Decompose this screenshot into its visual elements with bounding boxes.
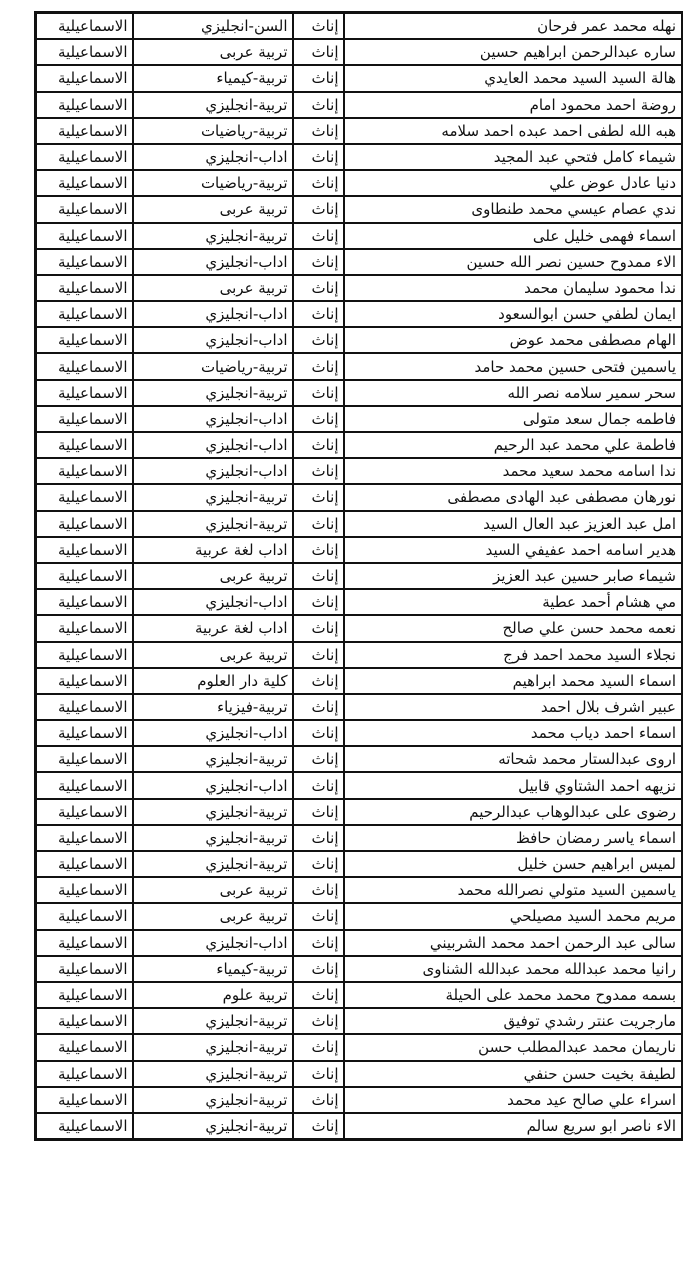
table-row: الاسماعيليةاداب-انجليزيإناثسالى عبد الرح… — [36, 930, 683, 956]
specialization-cell: تربية-انجليزي — [133, 1008, 293, 1034]
table-row: الاسماعيليةتربية-رياضياتإناثدنيا عادل عو… — [36, 170, 683, 196]
specialization-cell: السن-انجليزي — [133, 13, 293, 40]
table-row: الاسماعيليةتربية عربىإناثياسمين السيد مت… — [36, 877, 683, 903]
specialization-cell: تربية-فيزياء — [133, 694, 293, 720]
specialization-cell: تربية-كيمياء — [133, 956, 293, 982]
gender-cell: إناث — [293, 144, 344, 170]
gender-cell: إناث — [293, 13, 344, 40]
gender-cell: إناث — [293, 406, 344, 432]
governorate-cell: الاسماعيلية — [36, 65, 133, 91]
gender-cell: إناث — [293, 484, 344, 510]
gender-cell: إناث — [293, 249, 344, 275]
governorate-cell: الاسماعيلية — [36, 877, 133, 903]
name-cell: دنيا عادل عوض علي — [344, 170, 683, 196]
name-cell: مريم محمد السيد مصيلحي — [344, 903, 683, 929]
table-row: الاسماعيليةاداب لغة عربيةإناثهدير اسامه … — [36, 537, 683, 563]
table-row: الاسماعيليةاداب-انجليزيإناثنزيهه احمد ال… — [36, 772, 683, 798]
governorate-cell: الاسماعيلية — [36, 694, 133, 720]
governorate-cell: الاسماعيلية — [36, 406, 133, 432]
table-row: الاسماعيليةتربية عربىإناثندا محمود سليما… — [36, 275, 683, 301]
names-table-sheet: الاسماعيليةالسن-انجليزيإناثنهله محمد عمر… — [34, 11, 681, 1141]
name-cell: هالة السيد السيد محمد العايدي — [344, 65, 683, 91]
name-cell: لميس ابراهيم حسن خليل — [344, 851, 683, 877]
gender-cell: إناث — [293, 92, 344, 118]
table-row: الاسماعيليةتربية عربىإناثندي عصام عيسي م… — [36, 196, 683, 222]
governorate-cell: الاسماعيلية — [36, 39, 133, 65]
specialization-cell: تربية عربى — [133, 563, 293, 589]
governorate-cell: الاسماعيلية — [36, 825, 133, 851]
table-row: الاسماعيليةتربية علومإناثبسمه ممدوح محمد… — [36, 982, 683, 1008]
gender-cell: إناث — [293, 877, 344, 903]
specialization-cell: اداب-انجليزي — [133, 301, 293, 327]
table-row: الاسماعيليةاداب-انجليزيإناثشيماء كامل فت… — [36, 144, 683, 170]
specialization-cell: تربية عربى — [133, 39, 293, 65]
specialization-cell: اداب-انجليزي — [133, 327, 293, 353]
name-cell: الهام مصطفى محمد عوض — [344, 327, 683, 353]
name-cell: اسماء احمد دياب محمد — [344, 720, 683, 746]
table-row: الاسماعيليةتربية-انجليزيإناثروضة احمد مح… — [36, 92, 683, 118]
gender-cell: إناث — [293, 1008, 344, 1034]
gender-cell: إناث — [293, 615, 344, 641]
name-cell: مارجريت عنتر رشدي توفيق — [344, 1008, 683, 1034]
governorate-cell: الاسماعيلية — [36, 1061, 133, 1087]
specialization-cell: تربية-رياضيات — [133, 170, 293, 196]
table-body: الاسماعيليةالسن-انجليزيإناثنهله محمد عمر… — [36, 13, 683, 1140]
name-cell: ايمان لطفي حسن ابوالسعود — [344, 301, 683, 327]
specialization-cell: تربية-رياضيات — [133, 353, 293, 379]
specialization-cell: تربية-انجليزي — [133, 825, 293, 851]
specialization-cell: تربية عربى — [133, 275, 293, 301]
name-cell: الاء ناصر ابو سريع سالم — [344, 1113, 683, 1140]
table-row: الاسماعيليةتربية-رياضياتإناثهبه الله لطف… — [36, 118, 683, 144]
governorate-cell: الاسماعيلية — [36, 249, 133, 275]
specialization-cell: تربية-انجليزي — [133, 1061, 293, 1087]
name-cell: ندا اسامه محمد سعيد محمد — [344, 458, 683, 484]
specialization-cell: اداب-انجليزي — [133, 432, 293, 458]
specialization-cell: اداب-انجليزي — [133, 720, 293, 746]
name-cell: فاطمة علي محمد عبد الرحيم — [344, 432, 683, 458]
gender-cell: إناث — [293, 694, 344, 720]
governorate-cell: الاسماعيلية — [36, 537, 133, 563]
name-cell: ندا محمود سليمان محمد — [344, 275, 683, 301]
name-cell: مي هشام أحمد عطية — [344, 589, 683, 615]
table-row: الاسماعيليةتربية-فيزياءإناثعبير اشرف بلا… — [36, 694, 683, 720]
specialization-cell: اداب-انجليزي — [133, 930, 293, 956]
specialization-cell: تربية-انجليزي — [133, 511, 293, 537]
name-cell: نزيهه احمد الشتاوي قابيل — [344, 772, 683, 798]
governorate-cell: الاسماعيلية — [36, 458, 133, 484]
gender-cell: إناث — [293, 39, 344, 65]
gender-cell: إناث — [293, 196, 344, 222]
specialization-cell: تربية علوم — [133, 982, 293, 1008]
gender-cell: إناث — [293, 275, 344, 301]
gender-cell: إناث — [293, 223, 344, 249]
table-row: الاسماعيليةكلية دار العلومإناثاسماء السي… — [36, 668, 683, 694]
gender-cell: إناث — [293, 1087, 344, 1113]
table-row: الاسماعيليةاداب-انجليزيإناثفاطمه جمال سع… — [36, 406, 683, 432]
table-row: الاسماعيليةاداب-انجليزيإناثمي هشام أحمد … — [36, 589, 683, 615]
name-cell: امل عبد العزيز عبد العال السيد — [344, 511, 683, 537]
specialization-cell: تربية-انجليزي — [133, 1113, 293, 1140]
gender-cell: إناث — [293, 118, 344, 144]
specialization-cell: تربية-انجليزي — [133, 851, 293, 877]
table-row: الاسماعيليةاداب-انجليزيإناثالاء ممدوح حس… — [36, 249, 683, 275]
specialization-cell: تربية-انجليزي — [133, 1087, 293, 1113]
name-cell: نعمه محمد حسن علي صالح — [344, 615, 683, 641]
table-row: الاسماعيليةتربية-رياضياتإناثياسمين فتحى … — [36, 353, 683, 379]
name-cell: رضوى على عبدالوهاب عبدالرحيم — [344, 799, 683, 825]
gender-cell: إناث — [293, 353, 344, 379]
governorate-cell: الاسماعيلية — [36, 851, 133, 877]
table-row: الاسماعيليةتربية-انجليزيإناثرضوى على عبد… — [36, 799, 683, 825]
governorate-cell: الاسماعيلية — [36, 511, 133, 537]
name-cell: بسمه ممدوح محمد محمد على الحيلة — [344, 982, 683, 1008]
governorate-cell: الاسماعيلية — [36, 930, 133, 956]
name-cell: لطيفة بخيت حسن حنفي — [344, 1061, 683, 1087]
specialization-cell: تربية-رياضيات — [133, 118, 293, 144]
governorate-cell: الاسماعيلية — [36, 563, 133, 589]
gender-cell: إناث — [293, 432, 344, 458]
name-cell: شيماء صابر حسين عبد العزيز — [344, 563, 683, 589]
table-row: الاسماعيليةتربية-انجليزيإناثنورهان مصطفى… — [36, 484, 683, 510]
name-cell: روضة احمد محمود امام — [344, 92, 683, 118]
table-row: الاسماعيليةاداب لغة عربيةإناثنعمه محمد ح… — [36, 615, 683, 641]
gender-cell: إناث — [293, 982, 344, 1008]
table-row: الاسماعيليةاداب-انجليزيإناثندا اسامه محم… — [36, 458, 683, 484]
gender-cell: إناث — [293, 956, 344, 982]
governorate-cell: الاسماعيلية — [36, 144, 133, 170]
governorate-cell: الاسماعيلية — [36, 196, 133, 222]
table-row: الاسماعيليةتربية-انجليزيإناثلطيفة بخيت ح… — [36, 1061, 683, 1087]
name-cell: سالى عبد الرحمن احمد محمد الشربيني — [344, 930, 683, 956]
gender-cell: إناث — [293, 1113, 344, 1140]
specialization-cell: تربية-انجليزي — [133, 223, 293, 249]
governorate-cell: الاسماعيلية — [36, 1113, 133, 1140]
gender-cell: إناث — [293, 1034, 344, 1060]
governorate-cell: الاسماعيلية — [36, 223, 133, 249]
name-cell: ناريمان محمد عبدالمطلب حسن — [344, 1034, 683, 1060]
specialization-cell: اداب-انجليزي — [133, 249, 293, 275]
gender-cell: إناث — [293, 930, 344, 956]
table-row: الاسماعيليةتربية-انجليزيإناثامل عبد العز… — [36, 511, 683, 537]
governorate-cell: الاسماعيلية — [36, 118, 133, 144]
gender-cell: إناث — [293, 563, 344, 589]
table-row: الاسماعيليةتربية-انجليزيإناثاسراء علي صا… — [36, 1087, 683, 1113]
table-row: الاسماعيليةتربية عربىإناثنجلاء السيد محم… — [36, 642, 683, 668]
table-row: الاسماعيليةتربية-انجليزيإناثمارجريت عنتر… — [36, 1008, 683, 1034]
governorate-cell: الاسماعيلية — [36, 301, 133, 327]
name-cell: نهله محمد عمر فرحان — [344, 13, 683, 40]
name-cell: نورهان مصطفى عبد الهادى مصطفى — [344, 484, 683, 510]
specialization-cell: تربية-انجليزي — [133, 484, 293, 510]
gender-cell: إناث — [293, 799, 344, 825]
governorate-cell: الاسماعيلية — [36, 432, 133, 458]
specialization-cell: اداب-انجليزي — [133, 458, 293, 484]
governorate-cell: الاسماعيلية — [36, 170, 133, 196]
table-row: الاسماعيليةتربية-انجليزيإناثاسماء ياسر ر… — [36, 825, 683, 851]
governorate-cell: الاسماعيلية — [36, 327, 133, 353]
table-row: الاسماعيليةتربية-كيمياءإناثرانيا محمد عب… — [36, 956, 683, 982]
name-cell: اروى عبدالستار محمد شحاته — [344, 746, 683, 772]
name-cell: فاطمه جمال سعد متولى — [344, 406, 683, 432]
gender-cell: إناث — [293, 589, 344, 615]
specialization-cell: اداب-انجليزي — [133, 772, 293, 798]
governorate-cell: الاسماعيلية — [36, 956, 133, 982]
specialization-cell: تربية-انجليزي — [133, 746, 293, 772]
specialization-cell: تربية-كيمياء — [133, 65, 293, 91]
governorate-cell: الاسماعيلية — [36, 982, 133, 1008]
table-row: الاسماعيليةاداب-انجليزيإناثاسماء احمد دي… — [36, 720, 683, 746]
gender-cell: إناث — [293, 720, 344, 746]
name-cell: هبه الله لطفى احمد عبده احمد سلامه — [344, 118, 683, 144]
name-cell: شيماء كامل فتحي عبد المجيد — [344, 144, 683, 170]
table-row: الاسماعيليةتربية-كيمياءإناثهالة السيد ال… — [36, 65, 683, 91]
specialization-cell: اداب-انجليزي — [133, 144, 293, 170]
specialization-cell: تربية عربى — [133, 903, 293, 929]
gender-cell: إناث — [293, 65, 344, 91]
governorate-cell: الاسماعيلية — [36, 92, 133, 118]
name-cell: نجلاء السيد محمد احمد فرج — [344, 642, 683, 668]
governorate-cell: الاسماعيلية — [36, 772, 133, 798]
specialization-cell: تربية-انجليزي — [133, 1034, 293, 1060]
specialization-cell: اداب لغة عربية — [133, 615, 293, 641]
table-row: الاسماعيليةتربية عربىإناثساره عبدالرحمن … — [36, 39, 683, 65]
specialization-cell: تربية عربى — [133, 642, 293, 668]
governorate-cell: الاسماعيلية — [36, 380, 133, 406]
governorate-cell: الاسماعيلية — [36, 615, 133, 641]
gender-cell: إناث — [293, 851, 344, 877]
specialization-cell: تربية عربى — [133, 196, 293, 222]
gender-cell: إناث — [293, 668, 344, 694]
governorate-cell: الاسماعيلية — [36, 642, 133, 668]
governorate-cell: الاسماعيلية — [36, 275, 133, 301]
name-cell: هدير اسامه احمد عفيفي السيد — [344, 537, 683, 563]
gender-cell: إناث — [293, 1061, 344, 1087]
name-cell: اسماء السيد محمد ابراهيم — [344, 668, 683, 694]
specialization-cell: كلية دار العلوم — [133, 668, 293, 694]
table-row: الاسماعيليةتربية-انجليزيإناثاسماء فهمى خ… — [36, 223, 683, 249]
table-row: الاسماعيليةاداب-انجليزيإناثايمان لطفي حس… — [36, 301, 683, 327]
gender-cell: إناث — [293, 327, 344, 353]
table-row: الاسماعيليةاداب-انجليزيإناثالهام مصطفى م… — [36, 327, 683, 353]
specialization-cell: تربية-انجليزي — [133, 92, 293, 118]
governorate-cell: الاسماعيلية — [36, 668, 133, 694]
name-cell: ياسمين السيد متولي نصرالله محمد — [344, 877, 683, 903]
gender-cell: إناث — [293, 642, 344, 668]
names-table: الاسماعيليةالسن-انجليزيإناثنهله محمد عمر… — [34, 11, 683, 1141]
name-cell: سحر سمير سلامه نصر الله — [344, 380, 683, 406]
gender-cell: إناث — [293, 746, 344, 772]
governorate-cell: الاسماعيلية — [36, 589, 133, 615]
governorate-cell: الاسماعيلية — [36, 1008, 133, 1034]
governorate-cell: الاسماعيلية — [36, 13, 133, 40]
gender-cell: إناث — [293, 458, 344, 484]
specialization-cell: تربية-انجليزي — [133, 799, 293, 825]
table-row: الاسماعيليةاداب-انجليزيإناثفاطمة علي محم… — [36, 432, 683, 458]
governorate-cell: الاسماعيلية — [36, 799, 133, 825]
governorate-cell: الاسماعيلية — [36, 1034, 133, 1060]
governorate-cell: الاسماعيلية — [36, 746, 133, 772]
specialization-cell: اداب-انجليزي — [133, 589, 293, 615]
specialization-cell: تربية-انجليزي — [133, 380, 293, 406]
gender-cell: إناث — [293, 825, 344, 851]
gender-cell: إناث — [293, 301, 344, 327]
gender-cell: إناث — [293, 170, 344, 196]
name-cell: عبير اشرف بلال احمد — [344, 694, 683, 720]
gender-cell: إناث — [293, 903, 344, 929]
specialization-cell: اداب-انجليزي — [133, 406, 293, 432]
name-cell: ياسمين فتحى حسين محمد حامد — [344, 353, 683, 379]
name-cell: اسراء علي صالح عيد محمد — [344, 1087, 683, 1113]
gender-cell: إناث — [293, 537, 344, 563]
table-row: الاسماعيليةتربية-انجليزيإناثاروى عبدالست… — [36, 746, 683, 772]
governorate-cell: الاسماعيلية — [36, 353, 133, 379]
name-cell: رانيا محمد عبدالله محمد عبدالله الشناوى — [344, 956, 683, 982]
governorate-cell: الاسماعيلية — [36, 484, 133, 510]
governorate-cell: الاسماعيلية — [36, 903, 133, 929]
gender-cell: إناث — [293, 380, 344, 406]
name-cell: اسماء ياسر رمضان حافظ — [344, 825, 683, 851]
name-cell: اسماء فهمى خليل على — [344, 223, 683, 249]
table-row: الاسماعيليةتربية-انجليزيإناثسحر سمير سلا… — [36, 380, 683, 406]
table-row: الاسماعيليةتربية-انجليزيإناثناريمان محمد… — [36, 1034, 683, 1060]
name-cell: الاء ممدوح حسين نصر الله حسين — [344, 249, 683, 275]
table-row: الاسماعيليةتربية عربىإناثشيماء صابر حسين… — [36, 563, 683, 589]
table-row: الاسماعيليةتربية-انجليزيإناثالاء ناصر اب… — [36, 1113, 683, 1140]
table-row: الاسماعيليةالسن-انجليزيإناثنهله محمد عمر… — [36, 13, 683, 40]
name-cell: ساره عبدالرحمن ابراهيم حسين — [344, 39, 683, 65]
name-cell: ندي عصام عيسي محمد طنطاوى — [344, 196, 683, 222]
table-row: الاسماعيليةتربية-انجليزيإناثلميس ابراهيم… — [36, 851, 683, 877]
gender-cell: إناث — [293, 772, 344, 798]
governorate-cell: الاسماعيلية — [36, 1087, 133, 1113]
governorate-cell: الاسماعيلية — [36, 720, 133, 746]
specialization-cell: اداب لغة عربية — [133, 537, 293, 563]
specialization-cell: تربية عربى — [133, 877, 293, 903]
gender-cell: إناث — [293, 511, 344, 537]
table-row: الاسماعيليةتربية عربىإناثمريم محمد السيد… — [36, 903, 683, 929]
